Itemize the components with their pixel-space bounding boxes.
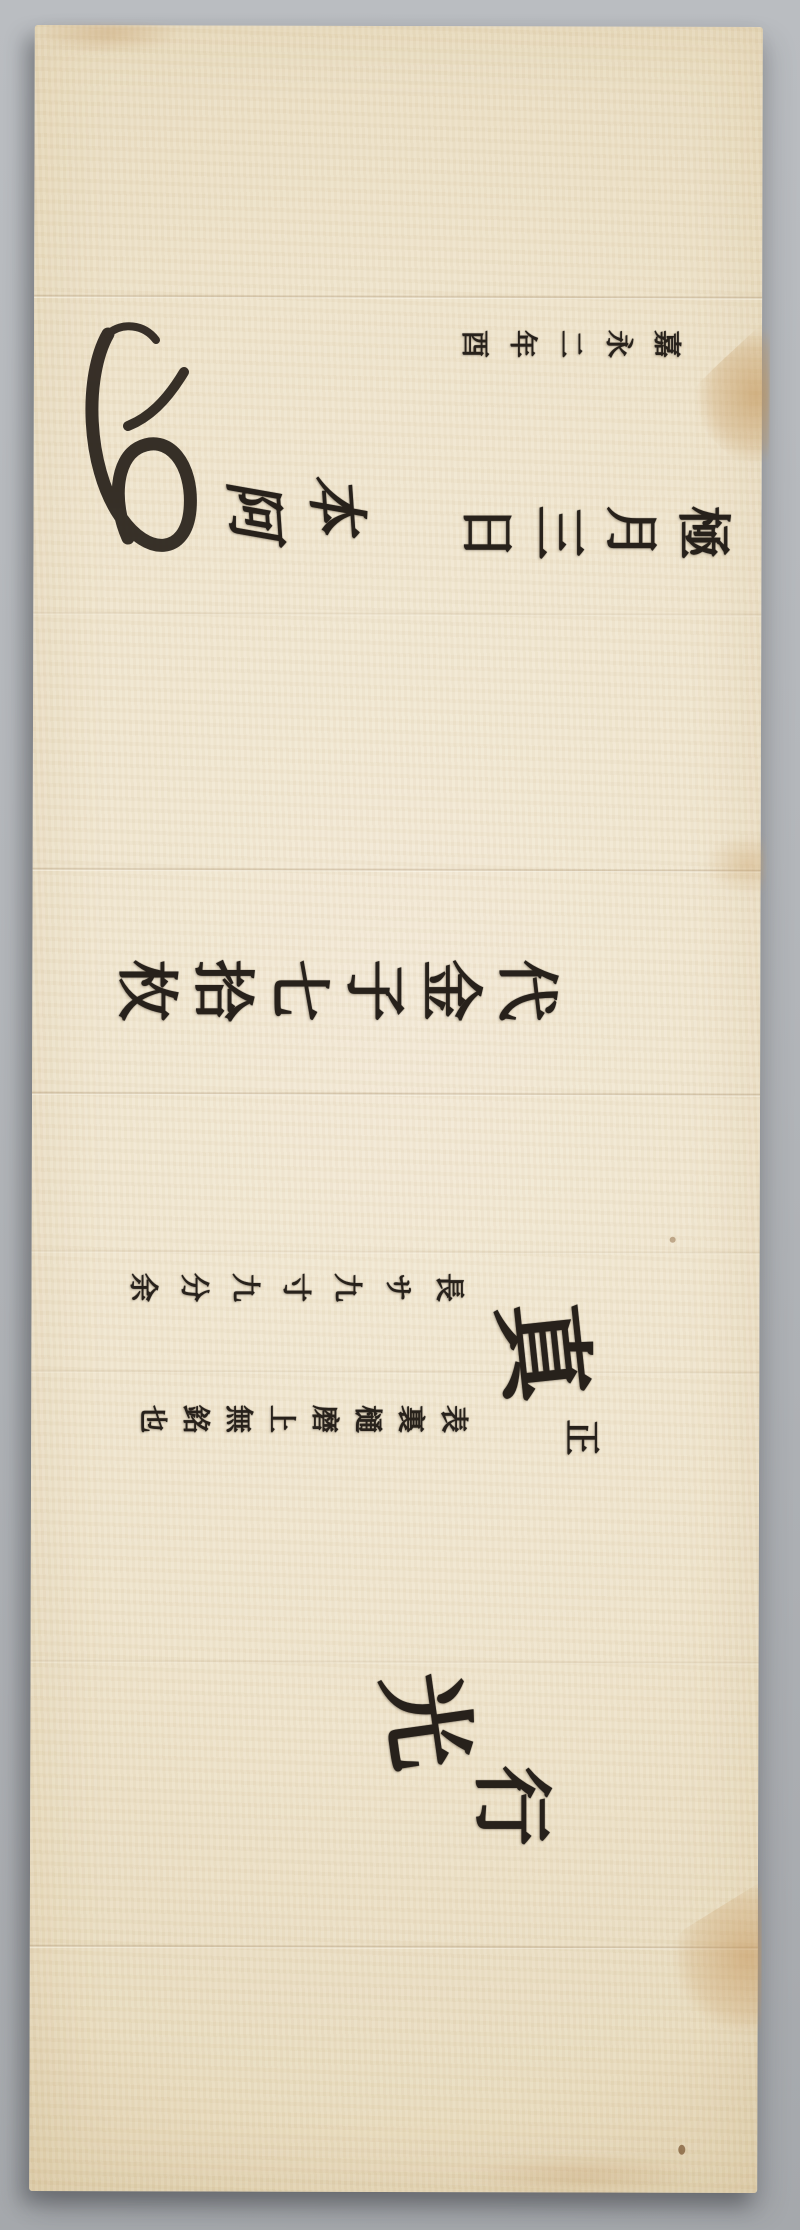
smith-name-char-2-calligraphy: 光	[374, 1659, 482, 1767]
fold-crease	[33, 611, 761, 617]
value-block: 代金子七拾枚	[70, 870, 570, 1100]
date-month-day-calligraphy: 極月三日	[444, 502, 732, 556]
stain-top-left-corner	[45, 25, 205, 61]
stain-bottom-right	[637, 1873, 762, 2073]
stain-middle-right	[681, 827, 765, 901]
fold-crease	[30, 1944, 758, 1950]
ink-speck	[670, 1237, 676, 1243]
attestation-block: 正 真 表裏樋磨上無銘也 長サ九寸九分余	[55, 1235, 605, 1485]
smith-name-block: 行 光	[350, 1655, 560, 1855]
attestation-block-inner: 正 真 表裏樋磨上無銘也 長サ九寸九分余	[55, 1235, 605, 1485]
date-era-year-calligraphy: 嘉永二年酉	[442, 328, 682, 356]
photograph-of-certificate: 極月三日 嘉永二年酉 本阿 代金子七拾枚 正 真 表裏樋磨上無銘也 長サ九寸九分…	[0, 0, 800, 2230]
attestation-note-left-calligraphy: 長サ九寸九分余	[108, 1271, 465, 1300]
smith-name-char-1-calligraphy: 行	[474, 1759, 554, 1839]
attestation-main-calligraphy: 真	[490, 1288, 600, 1398]
ink-speck	[678, 2145, 685, 2155]
signer-name-calligraphy: 本阿	[202, 466, 370, 537]
kao-monogram-flourish	[78, 306, 206, 576]
smith-name-block-inner: 行 光	[350, 1655, 560, 1855]
value-block-inner: 代金子七拾枚	[70, 870, 570, 1100]
attestation-prefix-calligraphy: 正	[565, 1417, 601, 1453]
attestation-note-right-calligraphy: 表裏樋磨上無銘也	[125, 1403, 469, 1431]
signature-date-block: 極月三日 嘉永二年酉 本阿	[70, 300, 740, 590]
value-calligraphy: 代金子七拾枚	[104, 954, 560, 1016]
stain-bottom-edge	[449, 2142, 689, 2191]
signature-date-block-inner: 極月三日 嘉永二年酉 本阿	[70, 300, 740, 590]
